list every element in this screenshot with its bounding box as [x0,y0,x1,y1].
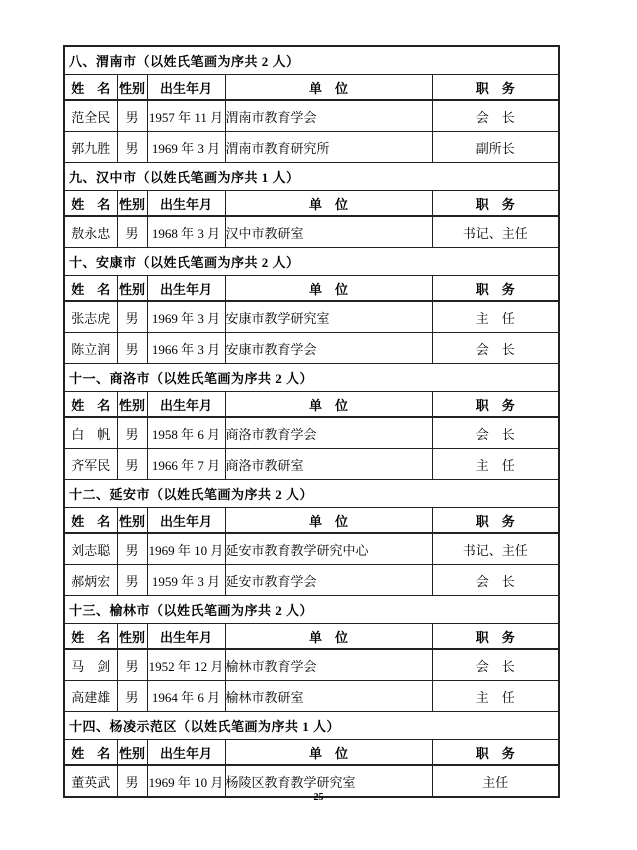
unit-cell: 汉中市教研室 [225,216,432,248]
name-cell: 马 剑 [64,649,117,681]
name-cell: 范全民 [64,100,117,132]
roster-row: 郝炳宏男1959 年 3 月延安市教育学会会 长 [64,565,559,596]
column-header-row: 姓 名性别出生年月单 位职 务 [64,276,559,302]
unit-cell: 延安市教育学会 [225,565,432,596]
section-title: 十四、杨凌示范区（以姓氏笔画为序共 1 人） [64,712,559,740]
section-title-row: 十、安康市（以姓氏笔画为序共 2 人） [64,248,559,276]
column-header-row: 姓 名性别出生年月单 位职 务 [64,75,559,101]
column-header-row: 姓 名性别出生年月单 位职 务 [64,191,559,217]
column-header: 职 务 [432,740,559,766]
roster-row: 马 剑男1952 年 12 月榆林市教育学会会 长 [64,649,559,681]
name-cell: 白 帆 [64,417,117,449]
roster-row: 刘志聪男1969 年 10 月延安市教育教学研究中心书记、主任 [64,533,559,565]
column-header: 姓 名 [64,75,117,101]
column-header: 职 务 [432,191,559,217]
duty-cell: 会 长 [432,333,559,364]
name-cell: 齐军民 [64,449,117,480]
duty-cell: 会 长 [432,417,559,449]
column-header: 出生年月 [147,75,225,101]
birth-cell: 1958 年 6 月 [147,417,225,449]
duty-cell: 书记、主任 [432,533,559,565]
roster-row: 高建雄男1964 年 6 月榆林市教研室主 任 [64,681,559,712]
roster-table: 八、渭南市（以姓氏笔画为序共 2 人）姓 名性别出生年月单 位职 务范全民男19… [63,45,560,798]
column-header: 出生年月 [147,392,225,418]
roster-row: 陈立润男1966 年 3 月安康市教育学会会 长 [64,333,559,364]
section-title: 八、渭南市（以姓氏笔画为序共 2 人） [64,46,559,75]
column-header: 姓 名 [64,392,117,418]
column-header: 职 务 [432,624,559,650]
section-title-row: 十一、商洛市（以姓氏笔画为序共 2 人） [64,364,559,392]
section-title-row: 十四、杨凌示范区（以姓氏笔画为序共 1 人） [64,712,559,740]
column-header: 出生年月 [147,624,225,650]
duty-cell: 会 长 [432,649,559,681]
gender-cell: 男 [117,417,147,449]
gender-cell: 男 [117,301,147,333]
roster-row: 齐军民男1966 年 7 月商洛市教研室主 任 [64,449,559,480]
gender-cell: 男 [117,333,147,364]
name-cell: 陈立润 [64,333,117,364]
column-header: 性别 [117,392,147,418]
name-cell: 敖永忠 [64,216,117,248]
section-title-row: 十二、延安市（以姓氏笔画为序共 2 人） [64,480,559,508]
birth-cell: 1969 年 10 月 [147,533,225,565]
duty-cell: 会 长 [432,100,559,132]
column-header: 姓 名 [64,624,117,650]
birth-cell: 1957 年 11 月 [147,100,225,132]
birth-cell: 1969 年 3 月 [147,132,225,163]
gender-cell: 男 [117,216,147,248]
column-header-row: 姓 名性别出生年月单 位职 务 [64,624,559,650]
unit-cell: 榆林市教研室 [225,681,432,712]
duty-cell: 书记、主任 [432,216,559,248]
section-title-row: 八、渭南市（以姓氏笔画为序共 2 人） [64,46,559,75]
section-title-row: 九、汉中市（以姓氏笔画为序共 1 人） [64,163,559,191]
column-header: 出生年月 [147,508,225,534]
unit-cell: 榆林市教育学会 [225,649,432,681]
gender-cell: 男 [117,533,147,565]
column-header: 职 务 [432,276,559,302]
unit-cell: 延安市教育教学研究中心 [225,533,432,565]
column-header: 性别 [117,508,147,534]
column-header: 单 位 [225,740,432,766]
gender-cell: 男 [117,132,147,163]
column-header: 性别 [117,75,147,101]
name-cell: 郭九胜 [64,132,117,163]
column-header: 职 务 [432,392,559,418]
birth-cell: 1964 年 6 月 [147,681,225,712]
column-header: 性别 [117,624,147,650]
column-header-row: 姓 名性别出生年月单 位职 务 [64,508,559,534]
column-header: 职 务 [432,75,559,101]
column-header: 单 位 [225,624,432,650]
column-header: 姓 名 [64,276,117,302]
document-page: 八、渭南市（以姓氏笔画为序共 2 人）姓 名性别出生年月单 位职 务范全民男19… [0,0,637,850]
duty-cell: 主 任 [432,449,559,480]
section-title: 十、安康市（以姓氏笔画为序共 2 人） [64,248,559,276]
column-header: 性别 [117,740,147,766]
gender-cell: 男 [117,449,147,480]
unit-cell: 渭南市教育学会 [225,100,432,132]
section-title: 九、汉中市（以姓氏笔画为序共 1 人） [64,163,559,191]
name-cell: 高建雄 [64,681,117,712]
duty-cell: 会 长 [432,565,559,596]
column-header: 单 位 [225,392,432,418]
duty-cell: 副所长 [432,132,559,163]
column-header: 性别 [117,276,147,302]
section-title: 十一、商洛市（以姓氏笔画为序共 2 人） [64,364,559,392]
column-header: 出生年月 [147,276,225,302]
gender-cell: 男 [117,100,147,132]
roster-row: 白 帆男1958 年 6 月商洛市教育学会会 长 [64,417,559,449]
section-title-row: 十三、榆林市（以姓氏笔画为序共 2 人） [64,596,559,624]
name-cell: 郝炳宏 [64,565,117,596]
column-header: 单 位 [225,508,432,534]
column-header-row: 姓 名性别出生年月单 位职 务 [64,392,559,418]
unit-cell: 渭南市教育研究所 [225,132,432,163]
birth-cell: 1959 年 3 月 [147,565,225,596]
section-title: 十二、延安市（以姓氏笔画为序共 2 人） [64,480,559,508]
unit-cell: 安康市教育学会 [225,333,432,364]
name-cell: 刘志聪 [64,533,117,565]
gender-cell: 男 [117,681,147,712]
column-header: 单 位 [225,276,432,302]
roster-row: 郭九胜男1969 年 3 月渭南市教育研究所副所长 [64,132,559,163]
column-header: 单 位 [225,191,432,217]
column-header: 性别 [117,191,147,217]
column-header: 单 位 [225,75,432,101]
column-header: 职 务 [432,508,559,534]
roster-row: 张志虎男1969 年 3 月安康市教学研究室主 任 [64,301,559,333]
unit-cell: 安康市教学研究室 [225,301,432,333]
section-title: 十三、榆林市（以姓氏笔画为序共 2 人） [64,596,559,624]
birth-cell: 1968 年 3 月 [147,216,225,248]
duty-cell: 主 任 [432,681,559,712]
duty-cell: 主 任 [432,301,559,333]
birth-cell: 1966 年 3 月 [147,333,225,364]
column-header-row: 姓 名性别出生年月单 位职 务 [64,740,559,766]
birth-cell: 1952 年 12 月 [147,649,225,681]
column-header: 出生年月 [147,191,225,217]
page-number: 25 [0,792,637,803]
name-cell: 张志虎 [64,301,117,333]
column-header: 姓 名 [64,508,117,534]
column-header: 出生年月 [147,740,225,766]
unit-cell: 商洛市教育学会 [225,417,432,449]
gender-cell: 男 [117,649,147,681]
birth-cell: 1966 年 7 月 [147,449,225,480]
birth-cell: 1969 年 3 月 [147,301,225,333]
gender-cell: 男 [117,565,147,596]
column-header: 姓 名 [64,191,117,217]
roster-row: 敖永忠男1968 年 3 月汉中市教研室书记、主任 [64,216,559,248]
roster-row: 范全民男1957 年 11 月渭南市教育学会会 长 [64,100,559,132]
unit-cell: 商洛市教研室 [225,449,432,480]
column-header: 姓 名 [64,740,117,766]
